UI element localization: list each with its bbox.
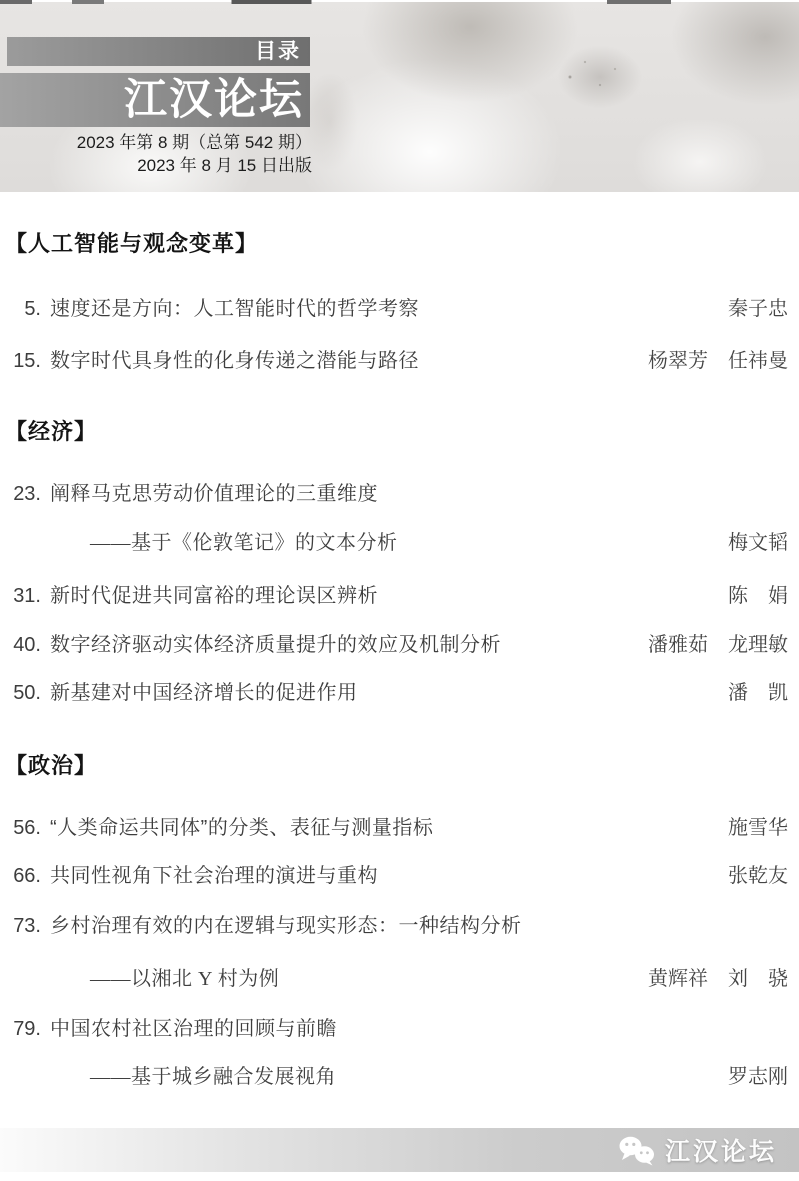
article-title: 共同性视角下社会治理的演进与重构 xyxy=(50,863,378,889)
toc-entry-subtitle-row: ——基于《伦敦笔记》的文本分析 梅文韬 xyxy=(90,530,788,556)
article-authors: 杨翠芳 任祎曼 xyxy=(636,348,788,374)
toc-entry: 31. 新时代促进共同富裕的理论误区辨析 陈 娟 xyxy=(8,583,788,609)
toc-entry-subtitle-row: ——基于城乡融合发展视角 罗志刚 xyxy=(90,1064,788,1090)
article-authors: 潘 凯 xyxy=(716,680,788,706)
article-title: 新基建对中国经济增长的促进作用 xyxy=(50,680,358,706)
issue-info: 2023 年第 8 期（总第 542 期） 2023 年 8 月 15 日出版 xyxy=(0,131,312,177)
article-authors: 张乾友 xyxy=(716,863,788,889)
article-authors: 梅文韬 xyxy=(716,530,788,556)
toc-entry-subtitle-row: ——以湘北 Y 村为例 黄辉祥 刘 骁 xyxy=(90,966,788,992)
journal-title-bar: 江汉论坛 xyxy=(0,73,310,127)
article-authors: 潘雅茹 龙理敏 xyxy=(636,632,788,658)
wechat-icon xyxy=(617,1135,657,1166)
toc-entry: 40. 数字经济驱动实体经济质量提升的效应及机制分析 潘雅茹 龙理敏 xyxy=(8,632,788,658)
page-number: 40. xyxy=(8,632,41,658)
toc-entry: 23. 阐释马克思劳动价值理论的三重维度 xyxy=(8,481,788,507)
wechat-account-badge[interactable]: 江汉论坛 xyxy=(0,1128,799,1172)
journal-title: 江汉论坛 xyxy=(124,76,304,124)
article-subtitle: ——基于《伦敦笔记》的文本分析 xyxy=(90,530,398,556)
page-number: 50. xyxy=(8,680,41,706)
page-number: 5. xyxy=(8,296,41,322)
toc-label: 目录 xyxy=(255,40,301,63)
article-title: 乡村治理有效的内在逻辑与现实形态：一种结构分析 xyxy=(50,913,522,939)
article-authors: 罗志刚 xyxy=(716,1064,788,1090)
article-subtitle: ——以湘北 Y 村为例 xyxy=(90,966,279,992)
toc-entry: 15. 数字时代具身性的化身传递之潜能与路径 杨翠芳 任祎曼 xyxy=(8,348,788,374)
article-title: 新时代促进共同富裕的理论误区辨析 xyxy=(50,583,378,609)
article-subtitle: ——基于城乡融合发展视角 xyxy=(90,1064,336,1090)
page-number: 56. xyxy=(8,815,41,841)
page-number: 79. xyxy=(8,1016,41,1042)
article-authors: 施雪华 xyxy=(716,815,788,841)
article-title: “人类命运共同体”的分类、表征与测量指标 xyxy=(50,815,433,841)
section-header-ai: 【人工智能与观念变革】 xyxy=(5,230,788,257)
wechat-account-label: 江汉论坛 xyxy=(665,1132,777,1168)
page-number: 23. xyxy=(8,481,41,507)
article-title: 数字时代具身性的化身传递之潜能与路径 xyxy=(50,348,419,374)
page-number: 66. xyxy=(8,863,41,889)
page-number: 15. xyxy=(8,348,41,374)
toc-entry: 66. 共同性视角下社会治理的演进与重构 张乾友 xyxy=(8,863,788,889)
toc-entry: 56. “人类命运共同体”的分类、表征与测量指标 施雪华 xyxy=(8,815,788,841)
toc-label-bar: 目录 xyxy=(7,37,310,66)
article-title: 中国农村社区治理的回顾与前瞻 xyxy=(50,1016,337,1042)
page-number: 73. xyxy=(8,913,41,939)
journal-toc-page: 目录 江汉论坛 2023 年第 8 期（总第 542 期） 2023 年 8 月… xyxy=(0,0,799,1181)
page-number: 31. xyxy=(8,583,41,609)
toc-entry: 73. 乡村治理有效的内在逻辑与现实形态：一种结构分析 xyxy=(8,913,788,939)
article-title: 数字经济驱动实体经济质量提升的效应及机制分析 xyxy=(50,632,501,658)
publish-line: 2023 年 8 月 15 日出版 xyxy=(0,154,312,177)
section-header-politics: 【政治】 xyxy=(5,752,788,779)
section-header-economy: 【经济】 xyxy=(5,418,788,445)
article-title: 速度还是方向：人工智能时代的哲学考察 xyxy=(50,296,419,322)
article-authors: 秦子忠 xyxy=(716,296,788,322)
article-authors: 黄辉祥 刘 骁 xyxy=(636,966,788,992)
toc-entry: 79. 中国农村社区治理的回顾与前瞻 xyxy=(8,1016,788,1042)
article-authors: 陈 娟 xyxy=(716,583,788,609)
toc-entry: 50. 新基建对中国经济增长的促进作用 潘 凯 xyxy=(8,680,788,706)
toc-entry: 5. 速度还是方向：人工智能时代的哲学考察 秦子忠 xyxy=(8,296,788,322)
article-title: 阐释马克思劳动价值理论的三重维度 xyxy=(50,481,378,507)
issue-line: 2023 年第 8 期（总第 542 期） xyxy=(0,131,312,154)
